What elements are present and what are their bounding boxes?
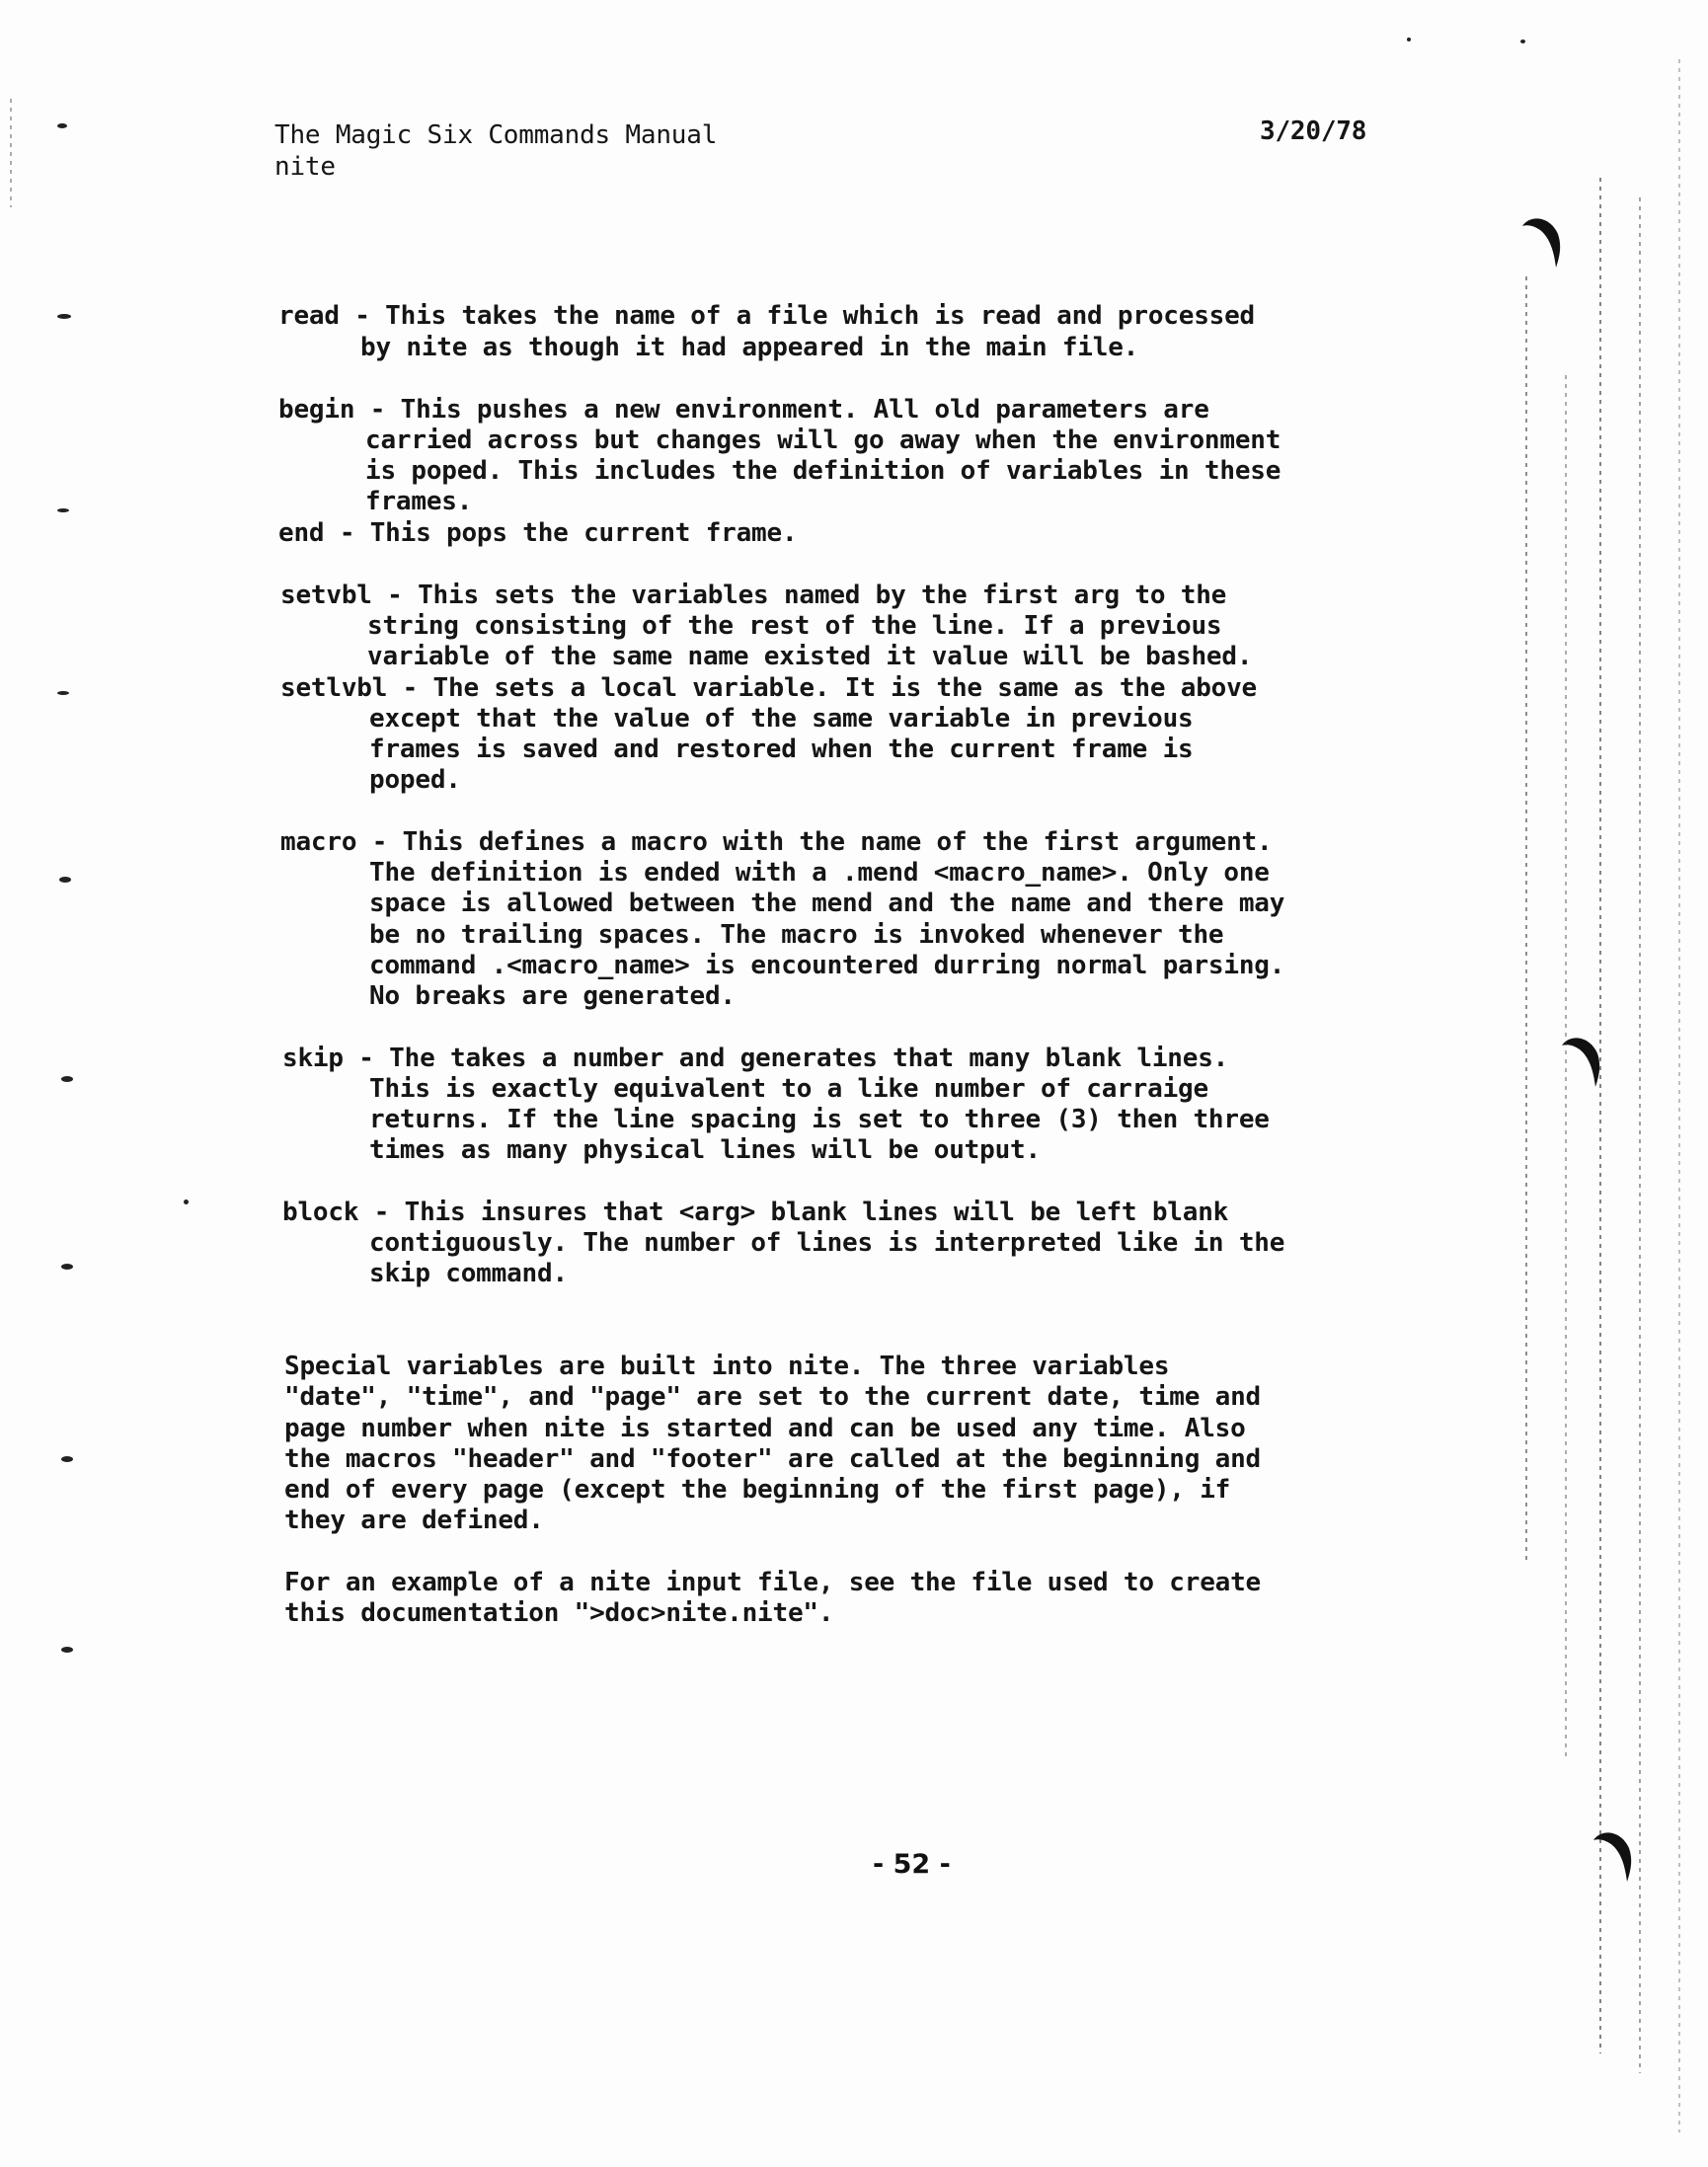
scan-artifact (1678, 59, 1680, 2132)
text-line: the macros "header" and "footer" are cal… (284, 1444, 1261, 1475)
text-line: contiguously. The number of lines is int… (369, 1228, 1284, 1259)
scan-artifact (1639, 197, 1641, 2073)
text-line: end of every page (except the beginning … (284, 1475, 1230, 1506)
text-line: begin - This pushes a new environment. A… (278, 395, 1209, 426)
margin-mark (61, 1076, 73, 1082)
page-number: - 52 - (873, 1849, 951, 1880)
text-line: except that the value of the same variab… (369, 704, 1193, 735)
document-page: The Magic Six Commands Manual nite 3/20/… (0, 0, 1708, 2167)
text-line: page number when nite is started and can… (284, 1414, 1246, 1444)
text-line: This is exactly equivalent to a like num… (369, 1074, 1208, 1105)
text-line: end - This pops the current frame. (278, 518, 797, 549)
text-line: block - This insures that <arg> blank li… (282, 1198, 1228, 1228)
margin-mark (61, 1456, 73, 1462)
margin-mark (1520, 39, 1525, 43)
text-line: by nite as though it had appeared in the… (360, 333, 1138, 363)
margin-mark (57, 123, 67, 128)
text-line: For an example of a nite input file, see… (284, 1568, 1261, 1598)
text-line: space is allowed between the mend and th… (369, 889, 1284, 919)
margin-mark (57, 508, 69, 512)
scan-artifact (1565, 375, 1567, 1757)
text-line: poped. (369, 765, 461, 796)
text-line: skip - The takes a number and generates … (282, 1044, 1228, 1074)
text-line: frames. (365, 487, 472, 517)
text-line: The definition is ended with a .mend <ma… (369, 858, 1270, 889)
document-date: 3/20/78 (1260, 116, 1366, 147)
text-line: setvbl - This sets the variables named b… (280, 580, 1226, 611)
text-line: command .<macro_name> is encountered dur… (369, 951, 1284, 981)
text-line: is poped. This includes the definition o… (365, 456, 1281, 487)
punch-hole-mark-icon (1592, 1826, 1633, 1886)
text-line: frames is saved and restored when the cu… (369, 735, 1193, 765)
manual-title: The Magic Six Commands Manual (274, 120, 717, 151)
text-line: they are defined. (284, 1506, 544, 1536)
scan-artifact (1599, 178, 1601, 2053)
text-line: "date", "time", and "page" are set to th… (284, 1382, 1261, 1413)
text-line: variable of the same name existed it val… (367, 642, 1252, 672)
text-line: No breaks are generated. (369, 981, 736, 1012)
text-line: skip command. (369, 1259, 568, 1289)
text-line: carried across but changes will go away … (365, 426, 1281, 456)
margin-mark (1407, 38, 1411, 41)
margin-mark (61, 1264, 73, 1270)
punch-hole-mark-icon (1520, 212, 1562, 271)
text-line: times as many physical lines will be out… (369, 1135, 1041, 1166)
margin-mark (57, 691, 69, 695)
text-line: setlvbl - The sets a local variable. It … (280, 673, 1257, 704)
scan-artifact (10, 99, 12, 207)
text-line: string consisting of the rest of the lin… (367, 611, 1221, 642)
text-line: read - This takes the name of a file whi… (278, 301, 1255, 332)
scan-artifact (1525, 276, 1527, 1560)
margin-mark (61, 1647, 73, 1653)
margin-mark (57, 314, 71, 319)
text-line: returns. If the line spacing is set to t… (369, 1105, 1270, 1135)
section-name: nite (274, 152, 336, 183)
text-line: this documentation ">doc>nite.nite". (284, 1598, 833, 1629)
margin-mark (184, 1200, 189, 1204)
margin-mark (59, 877, 71, 883)
text-line: be no trailing spaces. The macro is invo… (369, 920, 1223, 951)
text-line: Special variables are built into nite. T… (284, 1352, 1169, 1382)
text-line: macro - This defines a macro with the na… (280, 827, 1272, 858)
